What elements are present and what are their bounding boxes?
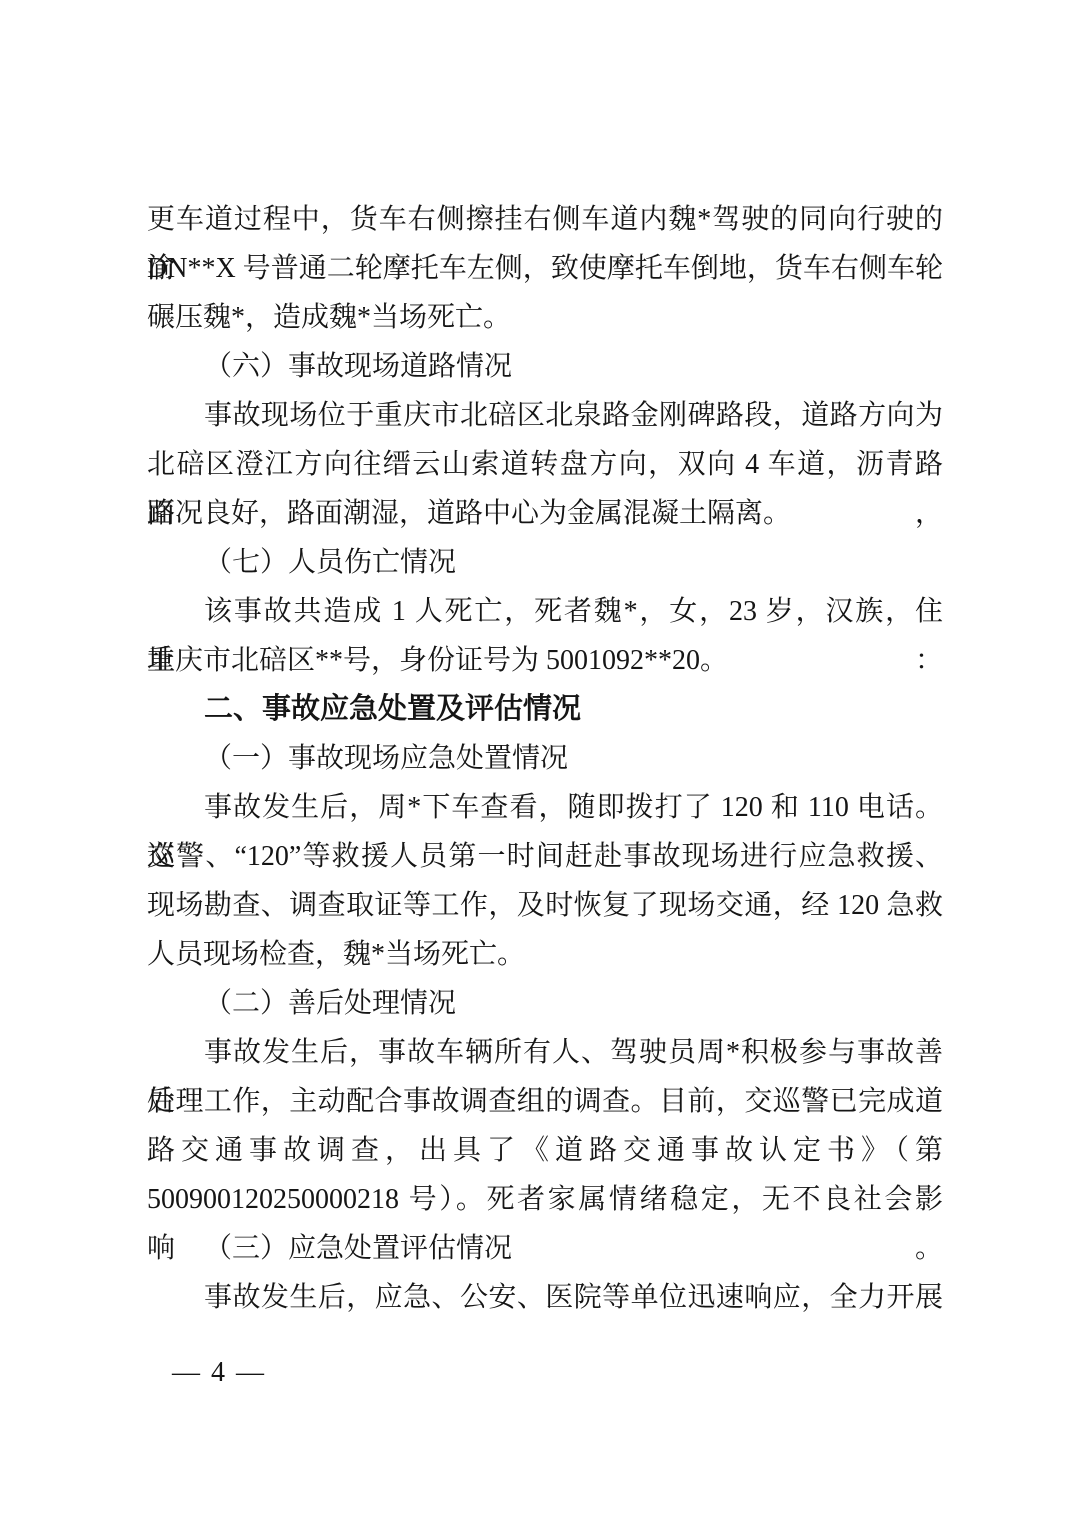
body-line: 处理工作，主动配合事故调查组的调查。目前，交巡警已完成道 [147, 1077, 943, 1126]
body-line: 事故发生后，事故车辆所有人、驾驶员周*积极参与事故善后 [147, 1028, 943, 1077]
page-number: — 4 — [172, 1348, 266, 1397]
section-heading: （六）事故现场道路情况 [147, 342, 943, 391]
chapter-heading: 二、事故应急处置及评估情况 [147, 685, 943, 734]
document-body: 更车道过程中，货车右侧擦挂右侧车道内魏*驾驶的同向行驶的渝 DN**X 号普通二… [147, 195, 943, 1322]
section-heading: （二）善后处理情况 [147, 979, 943, 1028]
body-line: 碾压魏*，造成魏*当场死亡。 [147, 293, 943, 342]
body-line: 事故发生后，周*下车查看，随即拨打了 120 和 110 电话。交 [147, 783, 943, 832]
body-line: 更车道过程中，货车右侧擦挂右侧车道内魏*驾驶的同向行驶的渝 [147, 195, 943, 244]
document-page: 更车道过程中，货车右侧擦挂右侧车道内魏*驾驶的同向行驶的渝 DN**X 号普通二… [0, 0, 1074, 1520]
body-line: 事故发生后，应急、公安、医院等单位迅速响应，全力开展 [147, 1273, 943, 1322]
body-line: DN**X 号普通二轮摩托车左侧，致使摩托车倒地，货车右侧车轮 [147, 244, 943, 293]
body-line: 现场勘查、调查取证等工作，及时恢复了现场交通，经 120 急救 [147, 881, 943, 930]
body-line: 500900120250000218 号）。死者家属情绪稳定，无不良社会影响。 [147, 1175, 943, 1224]
body-line: 北碚区澄江方向往缙云山索道转盘方向，双向 4 车道，沥青路面， [147, 440, 943, 489]
section-heading: （一）事故现场应急处置情况 [147, 734, 943, 783]
body-line: 人员现场检查，魏*当场死亡。 [147, 930, 943, 979]
body-line: 路交通事故调查，出具了《道路交通事故认定书》（第 [147, 1126, 943, 1175]
body-line: 事故现场位于重庆市北碚区北泉路金刚碑路段，道路方向为 [147, 391, 943, 440]
body-line: 该事故共造成 1 人死亡，死者魏*，女，23 岁，汉族，住址： [147, 587, 943, 636]
body-line: 巡警、“120”等救援人员第一时间赶赴事故现场进行应急救援、 [147, 832, 943, 881]
section-heading: （七）人员伤亡情况 [147, 538, 943, 587]
